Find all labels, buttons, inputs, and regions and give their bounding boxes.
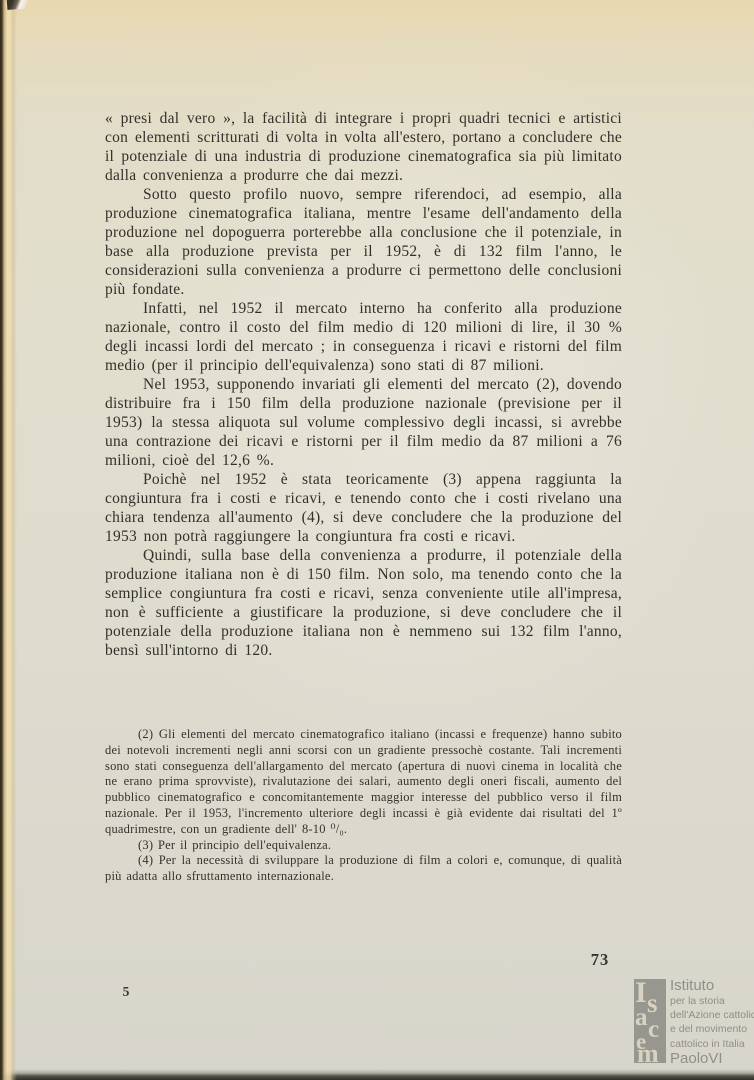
isacem-logo-icon: I s a c e m [634,979,666,1063]
paragraph: « presi dal vero », la facilità di integ… [105,109,622,185]
paragraph: Quindi, sulla base della convenienza a p… [105,546,622,660]
watermark-text: Istituto per la storia dell'Azione catto… [670,978,754,1066]
watermark-line: Istituto [670,978,754,994]
logo-letter: a [635,1005,648,1030]
body-text: « presi dal vero », la facilità di integ… [105,109,622,660]
signature-mark: 5 [118,984,134,1000]
logo-letter: s [647,990,658,1017]
paragraph: Sotto questo profilo nuovo, sempre rifer… [105,185,622,299]
paragraph: Infatti, nel 1952 il mercato interno ha … [105,299,622,375]
scanned-book-page: « presi dal vero », la facilità di integ… [0,0,754,1080]
watermark-line: cattolico in Italia [670,1037,754,1051]
footnote: (3) Per il principio dell'equivalenza. [105,838,622,854]
isacem-watermark-stamp: I s a c e m Istituto per la storia dell'… [634,978,754,1064]
watermark-line: e del movimento [670,1022,754,1036]
paragraph: Nel 1953, supponendo invariati gli eleme… [105,375,622,470]
footnote: (4) Per la necessità di sviluppare la pr… [105,853,622,885]
footnotes: (2) Gli elementi del mercato cinematogra… [105,727,622,885]
watermark-line: per la storia [670,994,754,1008]
logo-letter: m [637,1041,659,1067]
watermark-line: PaoloVI [670,1051,754,1066]
paragraph: Poichè nel 1952 è stata teoricamente (3)… [105,470,622,546]
watermark-line: dell'Azione cattolica [670,1008,754,1022]
footnote: (2) Gli elementi del mercato cinematogra… [105,727,622,838]
page-corner-artifact [7,0,34,10]
page-number: 73 [577,950,623,970]
